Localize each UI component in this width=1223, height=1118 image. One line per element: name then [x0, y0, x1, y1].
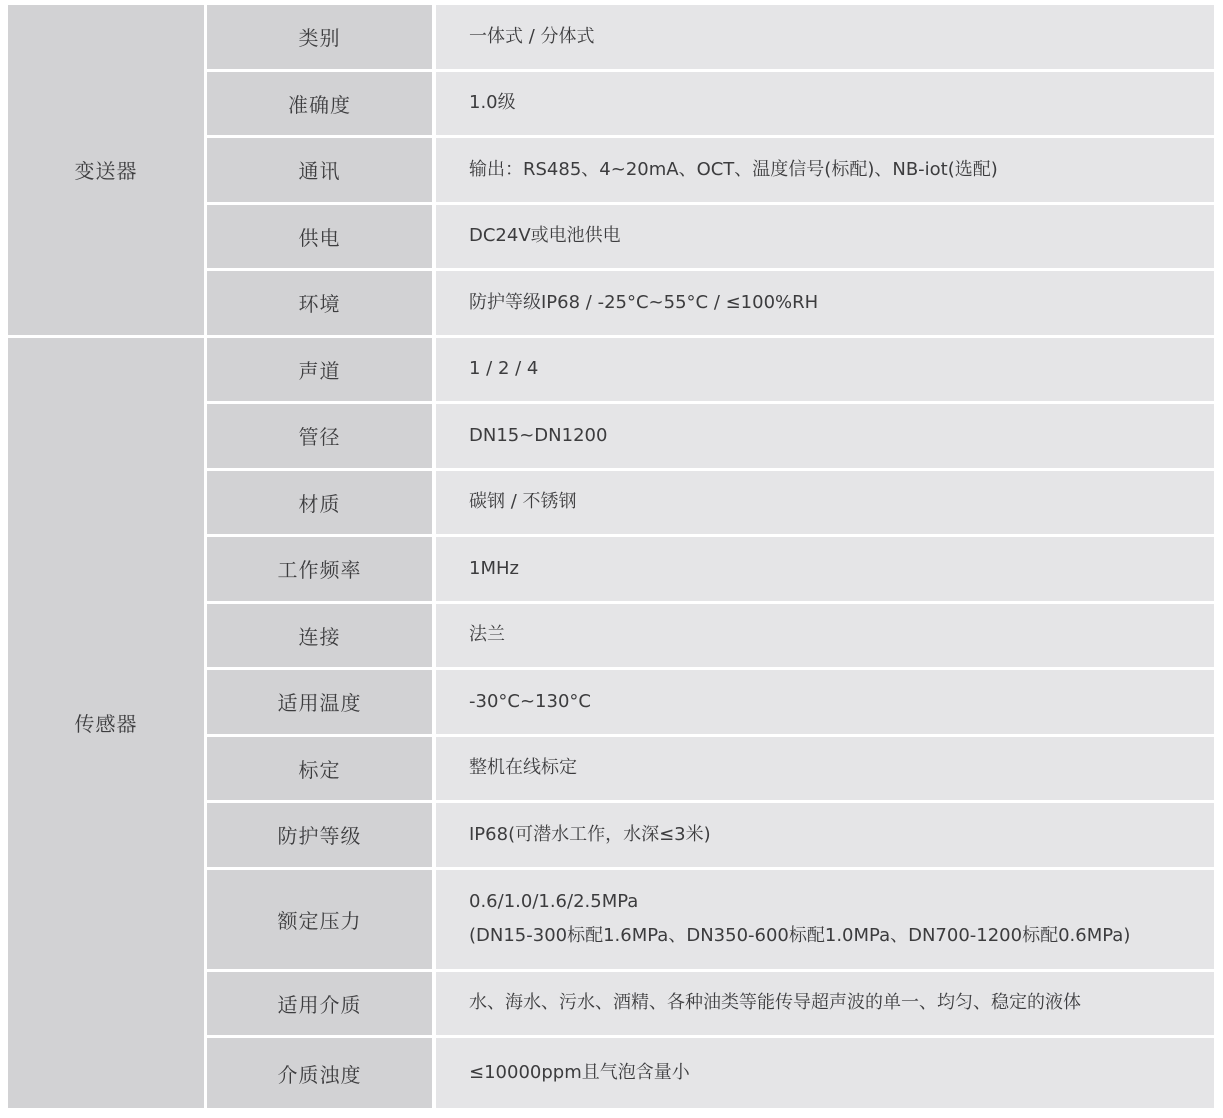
row-value-line: 1MHz	[469, 552, 1214, 586]
row-value-line: 一体式 / 分体式	[469, 20, 1214, 54]
table-row: 准确度 1.0级	[207, 72, 1214, 136]
row-value-line: -30°C~130°C	[469, 685, 1214, 719]
row-key: 供电	[207, 205, 432, 269]
row-key: 适用温度	[207, 670, 432, 734]
table-row: 通讯 输出：RS485、4~20mA、OCT、温度信号(标配)、NB-iot(选…	[207, 138, 1214, 202]
row-key: 防护等级	[207, 803, 432, 867]
row-value: 碳钢 / 不锈钢	[436, 471, 1214, 535]
row-value: 防护等级IP68 / -25°C~55°C / ≤100%RH	[436, 271, 1214, 335]
table-row: 标定 整机在线标定	[207, 737, 1214, 801]
row-value: -30°C~130°C	[436, 670, 1214, 734]
spec-table: 变送器 类别 一体式 / 分体式 准确度 1.0级 通讯 输出：RS485、4~…	[8, 5, 1214, 1108]
row-value-line: ≤10000ppm且气泡含量小	[469, 1056, 1214, 1090]
row-value-line: (DN15-300标配1.6MPa、DN350-600标配1.0MPa、DN70…	[469, 919, 1214, 953]
row-value: 法兰	[436, 604, 1214, 668]
row-value-line: 水、海水、污水、酒精、各种油类等能传导超声波的单一、均匀、稳定的液体	[469, 986, 1214, 1020]
table-row: 适用介质 水、海水、污水、酒精、各种油类等能传导超声波的单一、均匀、稳定的液体	[207, 972, 1214, 1036]
row-value: DC24V或电池供电	[436, 205, 1214, 269]
row-value-line: IP68(可潜水工作，水深≤3米)	[469, 818, 1214, 852]
row-value-line: 整机在线标定	[469, 751, 1214, 785]
row-key: 连接	[207, 604, 432, 668]
row-value: DN15~DN1200	[436, 404, 1214, 468]
row-value-line: 0.6/1.0/1.6/2.5MPa	[469, 885, 1214, 919]
row-value-line: DC24V或电池供电	[469, 219, 1214, 253]
row-key: 环境	[207, 271, 432, 335]
row-value-line: 1.0级	[469, 86, 1214, 120]
table-row: 连接 法兰	[207, 604, 1214, 668]
row-value: 一体式 / 分体式	[436, 5, 1214, 69]
row-key: 适用介质	[207, 972, 432, 1036]
table-row: 供电 DC24V或电池供电	[207, 205, 1214, 269]
row-key: 介质浊度	[207, 1038, 432, 1108]
row-key: 标定	[207, 737, 432, 801]
row-key: 通讯	[207, 138, 432, 202]
row-value-line: 1 / 2 / 4	[469, 352, 1214, 386]
row-key: 管径	[207, 404, 432, 468]
row-value-line: 碳钢 / 不锈钢	[469, 485, 1214, 519]
row-key: 工作频率	[207, 537, 432, 601]
row-value: 0.6/1.0/1.6/2.5MPa (DN15-300标配1.6MPa、DN3…	[436, 870, 1214, 969]
row-value: 1 / 2 / 4	[436, 338, 1214, 402]
row-value-line: 法兰	[469, 618, 1214, 652]
table-row: 声道 1 / 2 / 4	[207, 338, 1214, 402]
table-row: 防护等级 IP68(可潜水工作，水深≤3米)	[207, 803, 1214, 867]
group-rows: 类别 一体式 / 分体式 准确度 1.0级 通讯 输出：RS485、4~20mA…	[207, 5, 1214, 335]
row-value: 1MHz	[436, 537, 1214, 601]
row-value: ≤10000ppm且气泡含量小	[436, 1038, 1214, 1108]
group-label: 传感器	[8, 338, 204, 1109]
row-key: 类别	[207, 5, 432, 69]
group-transmitter: 变送器 类别 一体式 / 分体式 准确度 1.0级 通讯 输出：RS485、4~…	[8, 5, 1214, 335]
table-row: 介质浊度 ≤10000ppm且气泡含量小	[207, 1038, 1214, 1108]
row-value: 水、海水、污水、酒精、各种油类等能传导超声波的单一、均匀、稳定的液体	[436, 972, 1214, 1036]
group-rows: 声道 1 / 2 / 4 管径 DN15~DN1200 材质 碳钢 / 不锈钢 …	[207, 338, 1214, 1109]
row-key: 准确度	[207, 72, 432, 136]
table-row: 管径 DN15~DN1200	[207, 404, 1214, 468]
row-value: 输出：RS485、4~20mA、OCT、温度信号(标配)、NB-iot(选配)	[436, 138, 1214, 202]
group-sensor: 传感器 声道 1 / 2 / 4 管径 DN15~DN1200 材质 碳钢 / …	[8, 338, 1214, 1109]
group-label: 变送器	[8, 5, 204, 335]
row-value-line: 输出：RS485、4~20mA、OCT、温度信号(标配)、NB-iot(选配)	[469, 153, 1214, 187]
table-row: 类别 一体式 / 分体式	[207, 5, 1214, 69]
row-value-line: 防护等级IP68 / -25°C~55°C / ≤100%RH	[469, 286, 1214, 320]
row-value-line: DN15~DN1200	[469, 419, 1214, 453]
row-key: 材质	[207, 471, 432, 535]
row-key: 声道	[207, 338, 432, 402]
table-row: 适用温度 -30°C~130°C	[207, 670, 1214, 734]
row-key: 额定压力	[207, 870, 432, 969]
table-row: 环境 防护等级IP68 / -25°C~55°C / ≤100%RH	[207, 271, 1214, 335]
table-row: 材质 碳钢 / 不锈钢	[207, 471, 1214, 535]
row-value: 整机在线标定	[436, 737, 1214, 801]
table-row: 额定压力 0.6/1.0/1.6/2.5MPa (DN15-300标配1.6MP…	[207, 870, 1214, 969]
table-row: 工作频率 1MHz	[207, 537, 1214, 601]
row-value: IP68(可潜水工作，水深≤3米)	[436, 803, 1214, 867]
row-value: 1.0级	[436, 72, 1214, 136]
